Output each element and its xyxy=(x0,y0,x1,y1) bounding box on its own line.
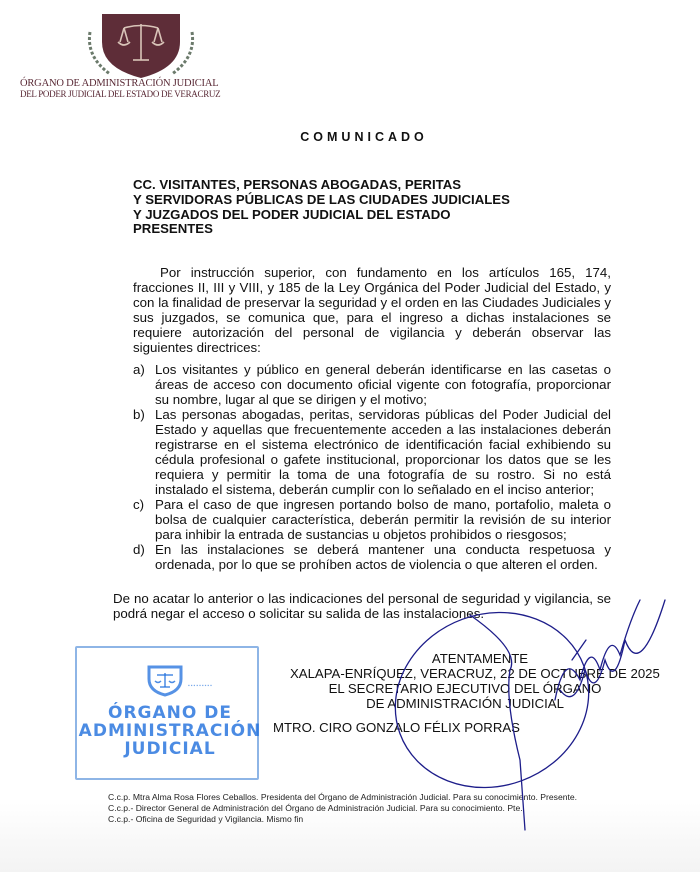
addressee-block: CC. VISITANTES, PERSONAS ABOGADAS, PERIT… xyxy=(133,178,510,237)
directive-item: d) En las instalaciones se deberá manten… xyxy=(133,542,611,572)
directive-item: a) Los visitantes y público en general d… xyxy=(133,362,611,407)
cc-line: C.c.p. Mtra Alma Rosa Flores Ceballos. P… xyxy=(108,792,577,803)
org-name-line2: DEL PODER JUDICIAL DEL ESTADO DE VERACRU… xyxy=(20,89,260,100)
signer-position-line2: DE ADMINISTRACIÓN JUDICIAL xyxy=(300,696,630,711)
stamp-text: ÓRGANO DE ADMINISTRACIÓN JUDICIAL xyxy=(75,704,265,758)
addressee-line: PRESENTES xyxy=(133,222,510,237)
intro-paragraph: Por instrucción superior, con fundamento… xyxy=(133,265,611,355)
directive-marker: b) xyxy=(133,407,145,422)
signature-block: ATENTAMENTE XALAPA-ENRÍQUEZ, VERACRUZ, 2… xyxy=(330,651,630,711)
addressee-line: CC. VISITANTES, PERSONAS ABOGADAS, PERIT… xyxy=(133,178,510,193)
document-title: COMUNICADO xyxy=(0,130,700,144)
document-page: ÓRGANO DE ADMINISTRACIÓN JUDICIAL DEL PO… xyxy=(0,0,700,872)
signer-name: MTRO. CIRO GONZALO FÉLIX PORRAS xyxy=(273,720,520,735)
stamp-line3: JUDICIAL xyxy=(75,740,265,758)
organization-name: ÓRGANO DE ADMINISTRACIÓN JUDICIAL DEL PO… xyxy=(20,78,260,100)
directive-marker: d) xyxy=(133,542,145,557)
salutation: ATENTAMENTE xyxy=(330,651,630,666)
addressee-line: Y SERVIDORAS PÚBLICAS DE LAS CIUDADES JU… xyxy=(133,193,510,208)
directive-item: c) Para el caso de que ingresen portando… xyxy=(133,497,611,542)
cc-line: C.c.p.- Director General de Administraci… xyxy=(108,803,577,814)
closing-paragraph: De no acatar lo anterior o las indicacio… xyxy=(113,591,611,621)
directive-marker: a) xyxy=(133,362,145,377)
directive-text: Para el caso de que ingresen portando bo… xyxy=(155,497,611,542)
signer-position-line1: EL SECRETARIO EJECUTIVO DEL ÓRGANO xyxy=(300,681,630,696)
directives-list: a) Los visitantes y público en general d… xyxy=(133,362,611,572)
directive-text: Los visitantes y público en general debe… xyxy=(155,362,611,407)
stamp-small-text: ▪▪▪▪▪▪▪▪▪ xyxy=(188,683,213,689)
directive-item: b) Las personas abogadas, peritas, servi… xyxy=(133,407,611,497)
directive-text: En las instalaciones se deberá mantener … xyxy=(155,542,611,572)
directive-marker: c) xyxy=(133,497,144,512)
stamp-line1: ÓRGANO DE xyxy=(75,704,265,722)
carbon-copy-list: C.c.p. Mtra Alma Rosa Flores Ceballos. P… xyxy=(108,792,577,825)
place-date: XALAPA-ENRÍQUEZ, VERACRUZ, 22 DE OCTUBRE… xyxy=(290,666,630,681)
cc-line: C.c.p.- Oficina de Seguridad y Vigilanci… xyxy=(108,814,577,825)
scales-of-justice-shield-icon xyxy=(80,12,202,80)
stamp-line2: ADMINISTRACIÓN xyxy=(75,722,265,740)
directive-text: Las personas abogadas, peritas, servidor… xyxy=(155,407,611,497)
stamp-emblem-icon xyxy=(143,663,187,697)
addressee-line: Y JUZGADOS DEL PODER JUDICIAL DEL ESTADO xyxy=(133,208,510,223)
org-name-line1: ÓRGANO DE ADMINISTRACIÓN JUDICIAL xyxy=(20,78,260,89)
